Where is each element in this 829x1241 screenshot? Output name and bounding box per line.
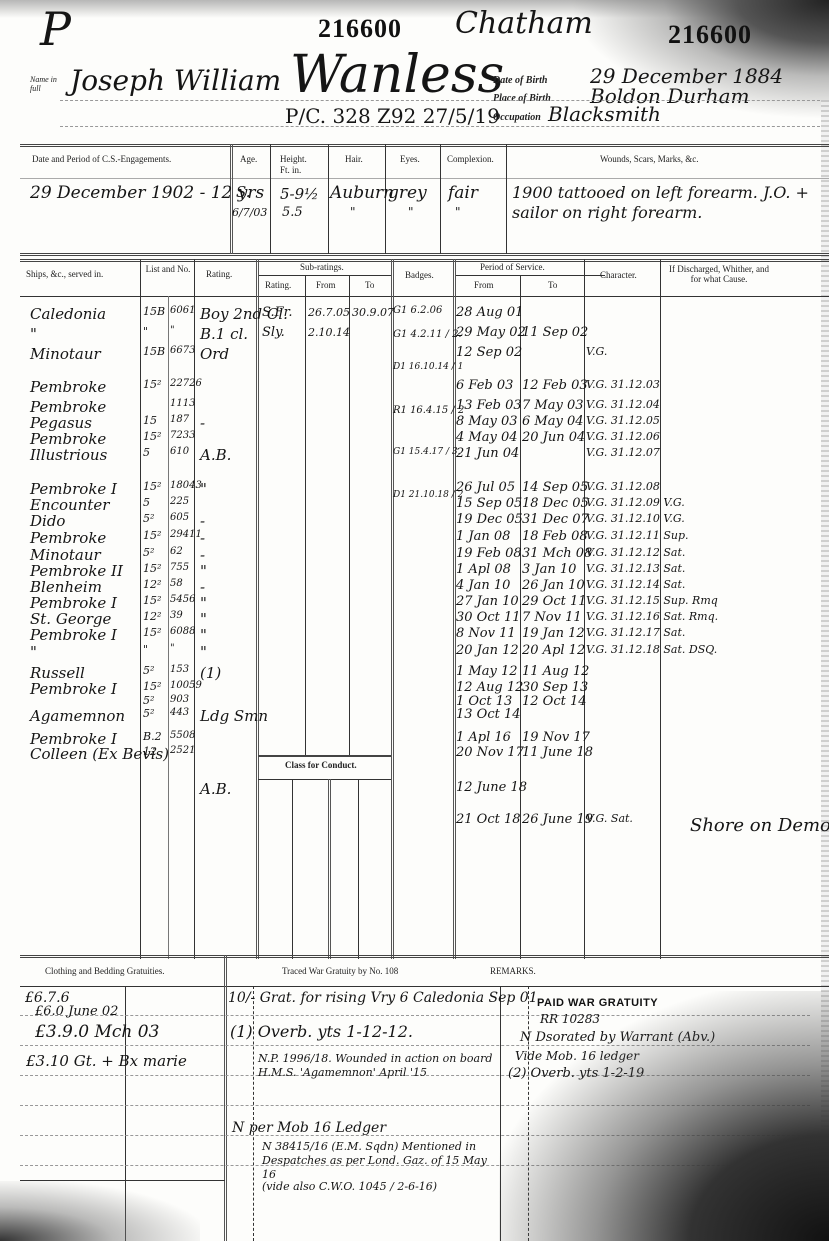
character: V.G. 31.12.04 (586, 398, 660, 411)
sub-to-1: 30.9.07 (352, 306, 394, 319)
list-number: 15² (143, 562, 161, 575)
ship-no: 1113 (170, 398, 195, 409)
rule (660, 259, 661, 959)
rating: - (200, 414, 205, 432)
period-to: 20 Apl 12 (522, 643, 585, 658)
ship-name: Illustrious (30, 446, 107, 464)
discharge-reason: Shore on Demob (690, 815, 829, 836)
rule (256, 259, 259, 959)
scan-shadow-bottom-right (499, 991, 829, 1241)
list-number: 5 (143, 496, 150, 509)
header-sub-ratings: Sub-ratings. (300, 262, 344, 272)
period-to: 18 Dec 05 (522, 496, 589, 511)
period-from: 1 Apl 16 (456, 730, 511, 745)
character: V.G. 31.12.13 Sat. (586, 562, 685, 575)
ship-no: 605 (170, 512, 189, 523)
period-from: 21 Jun 04 (456, 446, 519, 461)
character: V.G. 31.12.18 Sat. DSQ. (586, 643, 717, 656)
rule (140, 259, 141, 959)
list-number: 15² (143, 626, 161, 639)
character: V.G. 31.12.10 V.G. (586, 512, 685, 525)
ship-no: " (170, 325, 175, 336)
period-from: 26 Jul 05 (456, 480, 515, 495)
rule (20, 296, 829, 297)
name-first: Joseph William (70, 64, 281, 97)
period-from: 30 Oct 11 (456, 610, 521, 625)
period-to: 18 Feb 08 (522, 529, 588, 544)
period-from: 13 Oct 14 (456, 707, 521, 722)
scan-shadow-bottom-left (0, 1181, 200, 1241)
rule (60, 100, 820, 101)
ship-name: Caledonia (30, 305, 106, 323)
ship-no: 2521 (170, 745, 195, 756)
rule (258, 779, 391, 780)
rule (20, 955, 829, 958)
list-number: 5² (143, 512, 154, 525)
period-from: 19 Dec 05 (456, 512, 523, 527)
ship-name: Pembroke I (30, 626, 117, 644)
rating: " (200, 480, 207, 498)
list-number: B.2 (143, 730, 162, 743)
occupation-label: Occupation (493, 112, 541, 123)
period-to: 12 Feb 03 (522, 378, 588, 393)
ship-no: 7233 (170, 430, 195, 441)
remark-left-6: (vide also C.W.O. 1045 / 2-6-16) (262, 1180, 437, 1193)
list-number: 15² (143, 529, 161, 542)
engagement-age-2: 6/7/03 (232, 206, 267, 219)
period-to: 30 Sep 13 (522, 680, 588, 695)
remark-left-5: N 38415/16 (E.M. Sqdn) Mentioned in Desp… (262, 1140, 502, 1182)
list-number: 15² (143, 680, 161, 693)
list-number: " (143, 643, 148, 656)
rule (194, 259, 195, 959)
ship-no: " (170, 643, 175, 654)
rule (349, 275, 350, 755)
badge-1: G1 6.2.06 (393, 305, 442, 316)
period-from: 20 Jan 12 (456, 643, 519, 658)
character: V.G. 31.12.14 Sat. (586, 578, 685, 591)
name-last: Wanless (290, 45, 504, 105)
ship-name: Pembroke I (30, 680, 117, 698)
list-number: 5 (143, 446, 150, 459)
rule (270, 144, 271, 254)
record-annotation: P/C. 328 Z92 27/5/19 (285, 104, 500, 128)
initial-mark: P (40, 2, 71, 56)
height-2: 5.5 (282, 205, 303, 220)
character: V.G. 31.12.11 Sup. (586, 529, 689, 542)
period-from: 8 Nov 11 (456, 626, 516, 641)
period-to: 31 Dec 07 (522, 512, 589, 527)
occupation-value: Blacksmith (548, 102, 661, 126)
remark-left-3: N.P. 1996/18. Wounded in action on board… (258, 1052, 498, 1080)
header-ships: Ships, &c., served in. (26, 269, 103, 279)
ship-no: 187 (170, 414, 189, 425)
list-number: 15² (143, 378, 161, 391)
clothing-entry-4: £3.10 Gt. + Bx marie (26, 1052, 187, 1070)
period-from: 4 May 04 (456, 430, 517, 445)
period-to: 14 Sep 05 (522, 480, 588, 495)
sub-from-1: 26.7.05 (308, 306, 350, 319)
character: V.G. 31.12.08 (586, 480, 660, 493)
header-sub-to: To (365, 280, 374, 290)
ship-name: " (30, 643, 37, 661)
header-rating: Rating. (206, 269, 232, 279)
period-to: 26 June 19 (522, 812, 593, 827)
period-from: 28 Aug 01 (456, 305, 523, 320)
eyes-value: grey (388, 183, 427, 203)
character: V.G. 31.12.17 Sat. (586, 626, 685, 639)
header-wounds: Wounds, Scars, Marks, &c. (600, 154, 699, 164)
header-from: From (474, 280, 494, 290)
period-from: 4 Jan 10 (456, 578, 510, 593)
rule (60, 126, 820, 127)
clothing-entry-2: £6.0 June 02 (35, 1004, 118, 1019)
list-number: 5² (143, 546, 154, 559)
list-number: 15B (143, 345, 165, 358)
list-number: " (143, 325, 148, 338)
ship-name: Minotaur (30, 345, 101, 363)
eyes-ditto: " (408, 205, 414, 219)
period-to: 11 Sep 02 (522, 325, 588, 340)
header-sub-rating: Rating. (265, 280, 291, 290)
header-height: Height. (280, 154, 307, 164)
name-label: Name in full (30, 75, 60, 93)
period-from: 21 Oct 18 (456, 812, 521, 827)
period-from: 1 Jan 08 (456, 529, 510, 544)
list-number: 15B (143, 305, 165, 318)
hair-value: Auburn (330, 183, 394, 203)
rule (584, 259, 585, 959)
height-1: 5-9½ (280, 185, 319, 203)
official-number-left: 216600 (318, 14, 402, 44)
header-badges: Badges. (405, 270, 434, 280)
ship-name: Dido (30, 512, 65, 530)
header-hair: Hair. (345, 154, 363, 164)
list-number: 5² (143, 664, 154, 677)
badge-2: G1 4.2.11 / 2. (393, 329, 462, 340)
rule (440, 144, 441, 254)
period-from: 20 Nov 17 (456, 745, 524, 760)
period-from: 12 Sep 02 (456, 345, 522, 360)
rating: - (200, 512, 205, 530)
sub-from-2: 2.10.14 (308, 326, 350, 339)
rule (258, 275, 391, 276)
wounds-line-2: sailor on right forearm. (512, 203, 702, 222)
rule (258, 755, 391, 757)
rule (358, 779, 359, 959)
period-to: 19 Nov 17 (522, 730, 590, 745)
header-to: To (548, 280, 557, 290)
header-eyes: Eyes. (400, 154, 420, 164)
ship-name: " (30, 325, 37, 343)
header-age: Age. (240, 154, 257, 164)
header-list-no: List and No. (143, 264, 193, 274)
character: V.G. 31.12.15 Sup. Rmq (586, 594, 718, 607)
rule (20, 144, 829, 147)
period-from: 29 May 02 (456, 325, 526, 340)
remark-left-1: 10/- Grat. for rising Vry 6 Caledonia Se… (228, 990, 538, 1006)
rule (224, 955, 227, 1241)
period-to: 29 Oct 11 (522, 594, 587, 609)
period-to: 11 Aug 12 (522, 664, 589, 679)
character: V.G. 31.12.16 Sat. Rmq. (586, 610, 718, 623)
period-from: 12 Aug 12 (456, 680, 523, 695)
rule (20, 259, 829, 262)
header-period: Date and Period of C.S.-Engagements. (32, 154, 171, 164)
ship-name: Agamemnon (30, 707, 125, 725)
rule (168, 296, 169, 959)
official-number-right: 216600 (668, 20, 752, 50)
period-to: 11 June 18 (522, 745, 593, 760)
rating: (1) (200, 664, 221, 682)
ship-no: 5508 (170, 730, 195, 741)
badge-4: R1 16.4.15 / 2 (393, 405, 464, 416)
period-to: 20 Jun 04 (522, 430, 585, 445)
class-for-conduct-header: Class for Conduct. (285, 760, 357, 770)
character: V.G. 31.12.12 Sat. (586, 546, 685, 559)
header-period: Period of Service. (480, 262, 545, 272)
list-number: 12² (143, 578, 161, 591)
wounds-line-1: 1900 tattooed on left forearm. J.O. + (512, 183, 809, 202)
ship-no: 903 (170, 694, 189, 705)
ship-no: 443 (170, 707, 189, 718)
ship-no: 153 (170, 664, 189, 675)
character: V.G. 31.12.03 (586, 378, 660, 391)
rating: Boy 2nd Cl. (200, 305, 288, 323)
period-from: 13 Feb 03 (456, 398, 522, 413)
rating: A.B. (200, 446, 231, 464)
ship-no: 5456 (170, 594, 195, 605)
rule (455, 275, 605, 276)
port-division: Chatham (455, 6, 593, 41)
ship-no: 755 (170, 562, 189, 573)
character: V.G. Sat. (586, 812, 633, 825)
gratuity-header: Traced War Gratuity by No. 108 (282, 966, 398, 976)
list-number: 12² (143, 610, 161, 623)
badge-3: D1 16.10.14 / 1 (393, 362, 463, 372)
list-number: 15 (143, 414, 157, 427)
ship-no: 22726 (170, 378, 202, 389)
header-discharged: If Discharged, Whither, and for what Cau… (664, 264, 774, 284)
period-to: 26 Jan 10 (522, 578, 585, 593)
list-number: 15² (143, 430, 161, 443)
list-number: 15² (143, 480, 161, 493)
rule (328, 144, 329, 254)
period-from: 12 June 18 (456, 780, 527, 795)
ship-no: 6088 (170, 626, 195, 637)
clothing-header: Clothing and Bedding Gratuities. (45, 966, 165, 976)
rule (20, 253, 829, 256)
clothing-entry-3: £3.9.0 Mch 03 (35, 1022, 159, 1042)
list-number: 5² (143, 707, 154, 720)
period-to: 31 Mch 08 (522, 546, 592, 561)
ship-no: 62 (170, 546, 183, 557)
rule (328, 779, 331, 959)
engagement-period: 29 December 1902 - 12 yrs (30, 183, 264, 203)
engagement-age: S. (236, 183, 251, 201)
period-from: 8 May 03 (456, 414, 517, 429)
rating: " (200, 643, 207, 661)
list-number: 5² (143, 694, 154, 707)
rule (20, 178, 829, 179)
period-to: 3 Jan 10 (522, 562, 576, 577)
rule (292, 779, 293, 959)
ship-no: 610 (170, 446, 189, 457)
ship-no: 6061 (170, 305, 195, 316)
period-from: 15 Sep 05 (456, 496, 522, 511)
remarks-header: REMARKS. (490, 966, 536, 976)
ship-no: 6673 (170, 345, 195, 356)
rating: - (200, 529, 205, 547)
badge-6: D1 21.10.18 / 2 (393, 490, 463, 500)
header-complexion: Complexion. (447, 154, 494, 164)
scan-edge-right (821, 100, 829, 1140)
rule (305, 275, 306, 755)
ship-no: 29411 (170, 529, 202, 540)
period-from: 6 Feb 03 (456, 378, 513, 393)
period-from: 1 May 12 (456, 664, 517, 679)
dob-label: Date of Birth (493, 75, 547, 86)
rating: Ldg Smn (200, 707, 268, 725)
rule (506, 144, 507, 254)
ship-name: Pembroke (30, 378, 106, 396)
complexion-value: fair (448, 183, 478, 203)
character: V.G. 31.12.06 (586, 430, 660, 443)
hair-ditto: " (350, 205, 356, 219)
ship-no: 39 (170, 610, 183, 621)
rating: A.B. (200, 780, 231, 798)
period-to: 7 May 03 (522, 398, 583, 413)
period-from: 19 Feb 08 (456, 546, 522, 561)
rating: B.1 cl. (200, 325, 248, 343)
character: V.G. 31.12.07 (586, 446, 660, 459)
ship-no: 18043 (170, 480, 202, 491)
badge-5: G1 15.4.17 / 3. (393, 447, 460, 457)
ship-name: Pembroke (30, 529, 106, 547)
period-to: 7 Nov 11 (522, 610, 582, 625)
ship-no: 10059 (170, 680, 202, 691)
header-height-units: Ft. in. (280, 165, 301, 175)
header-character: Character. (600, 270, 637, 280)
remark-left-2: (1) Overb. yts 1-12-12. (230, 1022, 413, 1041)
sub-rating-2: Sly. (262, 325, 285, 340)
character: V.G. 31.12.09 V.G. (586, 496, 685, 509)
rule (20, 986, 829, 987)
remark-left-4: N per Mob 16 Ledger (232, 1120, 386, 1136)
rating: " (200, 626, 207, 644)
period-from: 1 Apl 08 (456, 562, 511, 577)
ship-no: 225 (170, 496, 189, 507)
period-to: 19 Jan 12 (522, 626, 585, 641)
period-to: 6 May 04 (522, 414, 583, 429)
character: V.G. 31.12.05 (586, 414, 660, 427)
pob-label: Place of Birth (493, 93, 551, 104)
ship-no: 58 (170, 578, 183, 589)
list-number: 12 (143, 745, 157, 758)
rating: Ord (200, 345, 229, 363)
complexion-ditto: " (455, 205, 461, 219)
period-to: 12 Oct 14 (522, 694, 587, 709)
header-sub-from: From (316, 280, 336, 290)
period-from: 27 Jan 10 (456, 594, 519, 609)
character: V.G. (586, 345, 607, 358)
list-number: 15² (143, 594, 161, 607)
